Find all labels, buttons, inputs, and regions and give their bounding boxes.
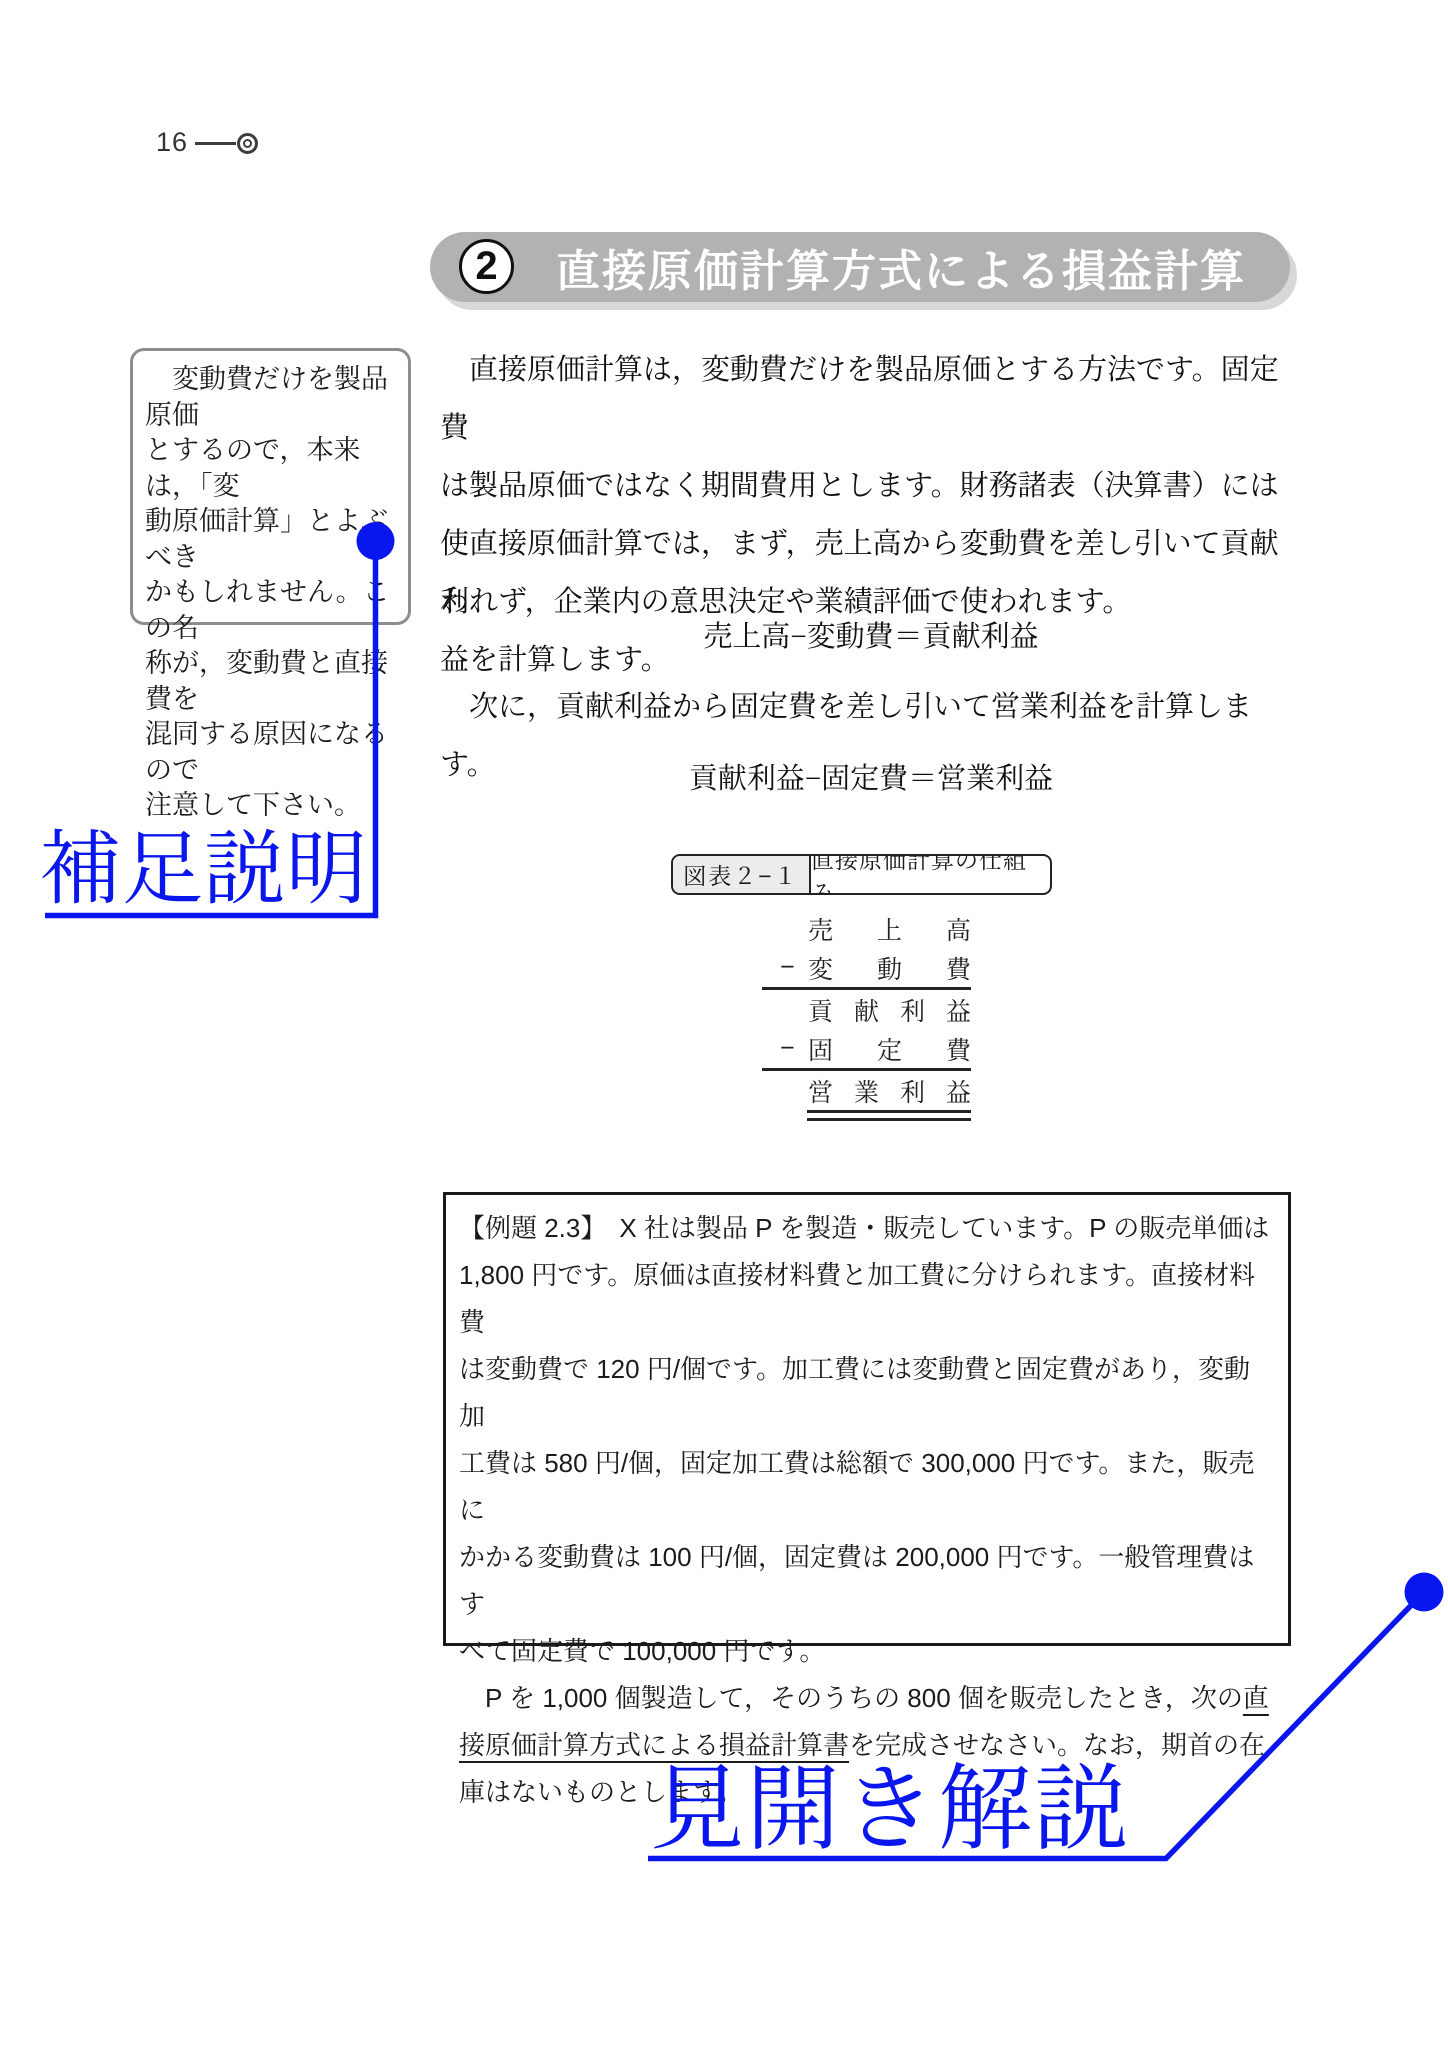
- callout-dot-right: [1405, 1573, 1444, 1612]
- underlined-phrase: 直: [1243, 1683, 1269, 1713]
- body-line: 直接原価計算は，変動費だけを製品原価とする方法です。固定費: [440, 341, 1302, 457]
- page-number-rule: [195, 142, 236, 145]
- sidebar-note-line: 混同する原因になるので: [145, 717, 396, 788]
- sidebar-note-line: 称が，変動費と直接費を: [145, 646, 396, 717]
- example-line: 1,800 円です。原価は直接材料費と加工費に分けられます。直接材料費: [459, 1252, 1275, 1346]
- example-line: 工費は 580 円/個，固定加工費は総額で 300,000 円です。また，販売に: [459, 1440, 1275, 1534]
- table-row-label: 固定費: [808, 1031, 971, 1067]
- table-row-label: 営業利益: [808, 1073, 971, 1109]
- callout-label-spread-commentary: 見開き解説: [650, 1758, 1130, 1862]
- sidebar-note-line: 変動費だけを製品原価: [145, 362, 396, 433]
- table-row-contribution-profit: 貢献利益: [762, 990, 971, 1029]
- sidebar-note-line: とするので，本来は，「変: [145, 433, 396, 504]
- table-row-label: 変動費: [808, 950, 971, 986]
- formula-operating-profit: 貢献利益−固定費＝営業利益: [440, 750, 1302, 808]
- sidebar-note-box: 変動費だけを製品原価 とするので，本来は，「変 動原価計算」とよぶべき かもしれ…: [130, 348, 411, 625]
- underlined-phrase: 接原価計算方式による損益計算書: [459, 1730, 849, 1760]
- table-row-label: 貢献利益: [808, 992, 971, 1028]
- example-problem-box: 【例題 2.3】 X 社は製品 P を製造・販売しています。P の販売単価は 1…: [443, 1192, 1291, 1646]
- sidebar-note-line: 動原価計算」とよぶべき: [145, 504, 396, 575]
- callout-label-supplement: 補足説明: [40, 824, 368, 916]
- sidebar-note-line: かもしれません。この名: [145, 575, 396, 646]
- table-double-rule: [807, 1110, 971, 1121]
- example-line: は変動費で 120 円/個です。加工費には変動費と固定費があり，変動加: [459, 1346, 1275, 1440]
- minus-sign: −: [762, 1034, 808, 1063]
- example-line: 【例題 2.3】 X 社は製品 P を製造・販売しています。P の販売単価は: [459, 1205, 1275, 1252]
- example-line: べて固定費で 100,000 円です。: [459, 1628, 1275, 1675]
- section-banner: 2 直接原価計算方式による損益計算: [430, 232, 1290, 302]
- direct-costing-table: 売上高 − 変動費 貢献利益 − 固定費 営業利益: [762, 909, 971, 1121]
- figure-label: 図表２−１ 直接原価計算の仕組み: [671, 854, 1052, 895]
- example-line: P を 1,000 個製造して，そのうちの 800 個を販売したとき，次の直: [459, 1675, 1275, 1722]
- table-row-variable-cost: − 変動費: [762, 948, 971, 987]
- example-line: かかる変動費は 100 円/個，固定費は 200,000 円です。一般管理費はす: [459, 1534, 1275, 1628]
- table-row-fixed-cost: − 固定費: [762, 1029, 971, 1068]
- figure-tag: 図表２−１: [673, 856, 811, 893]
- page-number-ring-icon: [237, 133, 258, 154]
- table-row-sales: 売上高: [762, 909, 971, 948]
- section-title: 直接原価計算方式による損益計算: [556, 235, 1246, 299]
- page-number: 16: [156, 127, 188, 158]
- section-number-badge: 2: [459, 239, 514, 294]
- formula-contribution-profit: 売上高−変動費＝貢献利益: [440, 608, 1302, 666]
- minus-sign: −: [762, 953, 808, 982]
- figure-caption: 直接原価計算の仕組み: [811, 856, 1050, 893]
- table-row-operating-profit: 営業利益: [762, 1071, 971, 1110]
- sidebar-note-line: 注意して下さい。: [145, 788, 396, 824]
- table-row-label: 売上高: [808, 911, 971, 947]
- book-page: 16 2 直接原価計算方式による損益計算 変動費だけを製品原価 とするので，本来…: [0, 0, 1448, 2048]
